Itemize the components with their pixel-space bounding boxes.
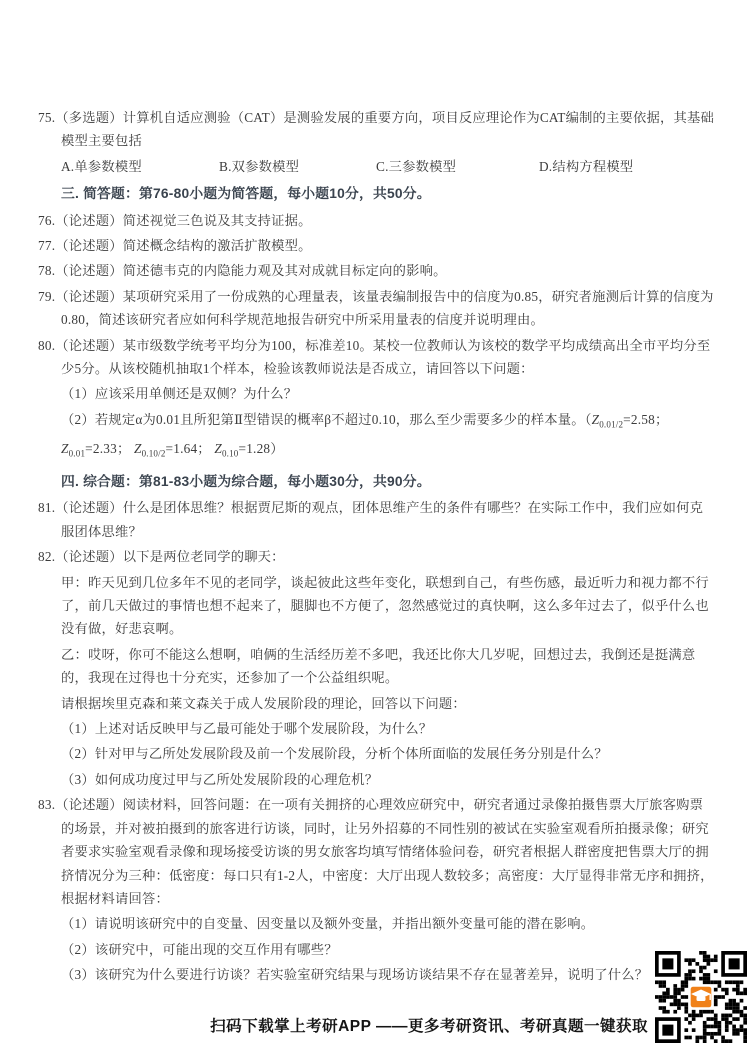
question-81-text: （论述题）什么是团体思维？根据贾尼斯的观点，团体思维产生的条件有哪些？在实际工作… <box>55 500 703 538</box>
z-value-2: Z0.01=2.33； <box>61 441 130 456</box>
question-75-text: （多选题）计算机自适应测验（CAT）是测验发展的重要方向，项目反应理论作为CAT… <box>55 110 714 148</box>
z-value-4: Z0.10=1.28） <box>214 441 283 456</box>
question-80-item-2: （2）若规定α为0.01且所犯第Ⅱ型错误的概率β不超过0.10，那么至少需要多少… <box>38 408 716 466</box>
question-82-instruction: 请根据埃里克森和莱文森关于成人发展阶段的理论，回答以下问题： <box>38 692 716 715</box>
question-83: 83.（论述题）阅读材料，回答问题：在一项有关拥挤的心理效应研究中，研究者通过录… <box>38 793 716 910</box>
question-82-item-2: （2）针对甲与乙所处发展阶段及前一个发展阶段，分析个体所面临的发展任务分别是什么… <box>38 742 716 765</box>
question-75-options: A.单参数模型 B.双参数模型 C.三参数模型 D.结构方程模型 <box>38 155 716 178</box>
question-81-number: 81. <box>38 500 55 515</box>
question-83-item-3: （3）该研究为什么要进行访谈？若实验室研究结果与现场访谈结果不存在显著差异，说明… <box>38 963 716 986</box>
question-75: 75.（多选题）计算机自适应测验（CAT）是测验发展的重要方向，项目反应理论作为… <box>38 106 716 153</box>
question-75-number: 75. <box>38 110 55 125</box>
question-76-text: （论述题）简述视觉三色说及其支持证据。 <box>55 213 311 228</box>
question-83-item-1: （1）请说明该研究中的自变量、因变量以及额外变量，并指出额外变量可能的潜在影响。 <box>38 912 716 935</box>
option-b: B.双参数模型 <box>219 155 376 178</box>
question-82-item-3: （3）如何成功度过甲与乙所处发展阶段的心理危机？ <box>38 768 716 791</box>
question-83-item-2: （2）该研究中，可能出现的交互作用有哪些？ <box>38 938 716 961</box>
question-79-text: （论述题）某项研究采用了一份成熟的心理量表，该量表编制报告中的信度为0.85，研… <box>55 289 713 327</box>
question-80: 80.（论述题）某市级数学统考平均分为100，标准差10。某校一位教师认为该校的… <box>38 334 716 381</box>
question-82-speaker-jia: 甲：昨天见到几位多年不见的老同学，谈起彼此这些年变化，联想到自己，有些伤感，最近… <box>38 571 716 641</box>
question-79: 79.（论述题）某项研究采用了一份成熟的心理量表，该量表编制报告中的信度为0.8… <box>38 285 716 332</box>
exam-content: 75.（多选题）计算机自适应测验（CAT）是测验发展的重要方向，项目反应理论作为… <box>38 106 716 989</box>
footer-slogan: 扫码下载掌上考研APP ——更多考研资讯、考研真题一键获取 <box>210 1014 648 1036</box>
section-3-heading: 三. 简答题：第76-80小题为简答题，每小题10分，共50分。 <box>38 182 716 205</box>
question-82-intro: （论述题）以下是两位老同学的聊天： <box>55 549 284 564</box>
question-80-item-1: （1）应该采用单侧还是双侧？为什么？ <box>38 382 716 405</box>
question-83-number: 83. <box>38 797 55 812</box>
question-76-number: 76. <box>38 213 55 228</box>
question-82-item-1: （1）上述对话反映甲与乙最可能处于哪个发展阶段，为什么？ <box>38 717 716 740</box>
z-value-3: Z0.10/2=1.64； <box>134 441 211 456</box>
question-79-number: 79. <box>38 289 55 304</box>
question-83-text: （论述题）阅读材料，回答问题：在一项有关拥挤的心理效应研究中，研究者通过录像拍摄… <box>55 797 713 906</box>
question-76: 76.（论述题）简述视觉三色说及其支持证据。 <box>38 209 716 232</box>
question-81: 81.（论述题）什么是团体思维？根据贾尼斯的观点，团体思维产生的条件有哪些？在实… <box>38 496 716 543</box>
question-80-text: （论述题）某市级数学统考平均分为100，标准差10。某校一位教师认为该校的数学平… <box>55 338 710 376</box>
question-77-number: 77. <box>38 238 55 253</box>
question-82-number: 82. <box>38 549 55 564</box>
qr-code <box>655 951 747 1043</box>
section-4-heading: 四. 综合题：第81-83小题为综合题，每小题30分，共90分。 <box>38 470 716 493</box>
option-d: D.结构方程模型 <box>539 155 633 178</box>
question-78: 78.（论述题）简述德韦克的内隐能力观及其对成就目标定向的影响。 <box>38 259 716 282</box>
option-c: C.三参数模型 <box>376 155 539 178</box>
question-77: 77.（论述题）简述概念结构的激活扩散模型。 <box>38 234 716 257</box>
option-a: A.单参数模型 <box>61 155 219 178</box>
question-78-text: （论述题）简述德韦克的内隐能力观及其对成就目标定向的影响。 <box>55 263 446 278</box>
question-80-item-2-text: （2）若规定α为0.01且所犯第Ⅱ型错误的概率β不超过0.10，那么至少需要多少… <box>61 412 592 427</box>
question-78-number: 78. <box>38 263 55 278</box>
question-77-text: （论述题）简述概念结构的激活扩散模型。 <box>55 238 311 253</box>
question-82: 82.（论述题）以下是两位老同学的聊天： <box>38 545 716 568</box>
z-value-1: Z0.01/2=2.58； <box>592 412 669 427</box>
question-80-number: 80. <box>38 338 55 353</box>
question-82-speaker-yi: 乙：哎呀，你可不能这么想啊，咱俩的生活经历差不多吧，我还比你大几岁呢，回想过去，… <box>38 643 716 690</box>
qr-code-svg <box>655 951 747 1043</box>
